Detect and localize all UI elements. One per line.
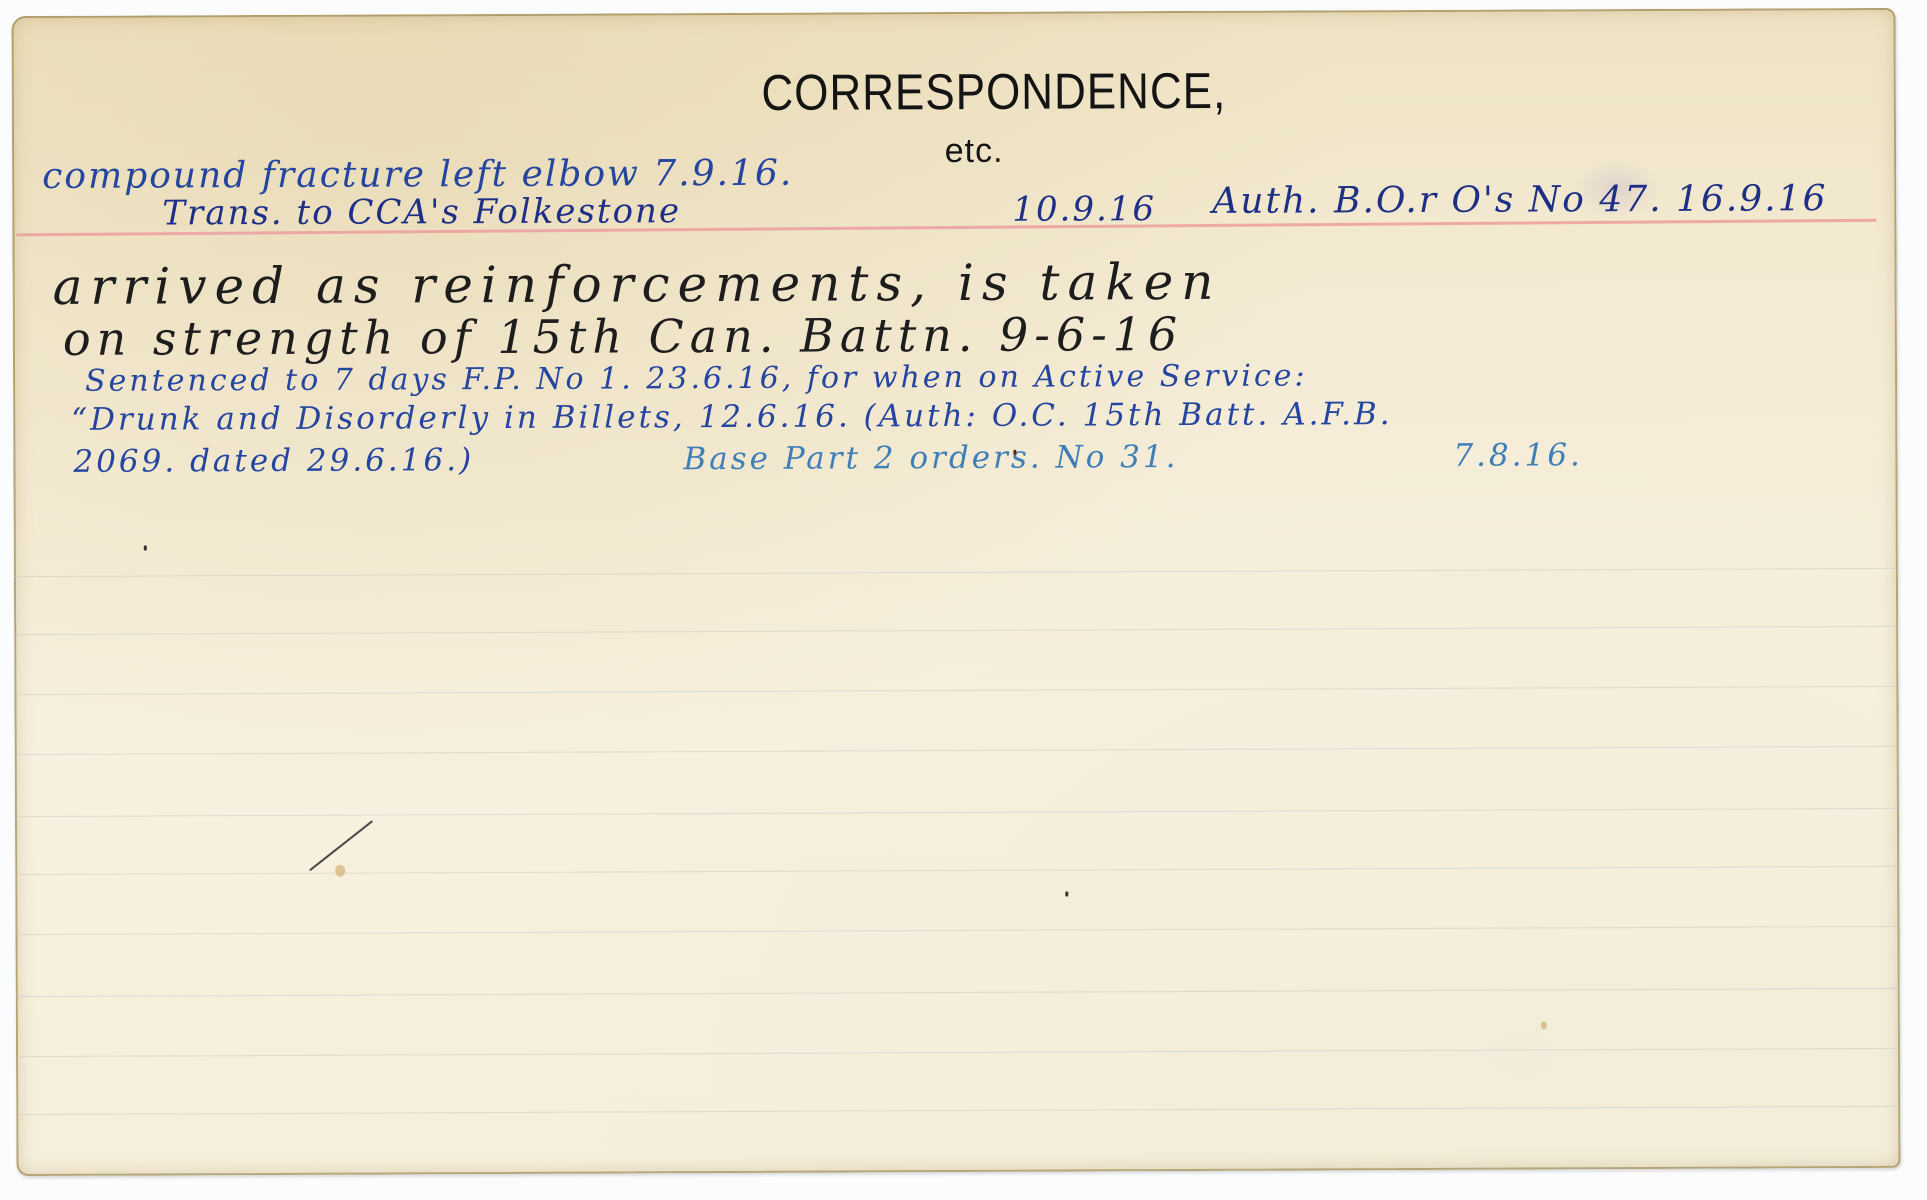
entry-base-orders-date: 7.8.16.: [1453, 437, 1583, 474]
ruled-line: [16, 1048, 1900, 1057]
ruled-line: [15, 866, 1899, 875]
ruled-line: [14, 686, 1898, 695]
scanned-document: CORRESPONDENCE, etc. compound fracture l…: [0, 0, 1927, 1200]
ruled-line: [15, 926, 1899, 935]
ruled-line: [15, 746, 1899, 755]
record-card: CORRESPONDENCE, etc. compound fracture l…: [11, 8, 1900, 1176]
entry-offence: “Drunk and Disorderly in Billets, 12.6.1…: [71, 396, 1393, 438]
entry-arrived: arrived as reinforcements, is taken: [53, 253, 1222, 316]
ink-speck: [1013, 450, 1016, 455]
paper-stain: [335, 865, 345, 877]
entry-transfer-date: 10.9.16: [1012, 189, 1156, 230]
entry-dated: 2069. dated 29.6.16.): [73, 442, 474, 480]
entry-sentenced: Sentenced to 7 days F.P. No 1. 23.6.16, …: [85, 358, 1308, 398]
paper-stain: [1541, 1021, 1547, 1029]
card-heading: CORRESPONDENCE,: [12, 60, 1901, 126]
ruled-line: [14, 626, 1898, 635]
entry-base-orders: Base Part 2 orders. No 31.: [683, 439, 1178, 477]
entry-transfer-authority: Auth. B.O.r O's No 47. 16.9.16: [1212, 178, 1827, 222]
ink-speck: [1065, 892, 1068, 897]
pencil-mark: [309, 820, 373, 871]
entry-strength: on strength of 15th Can. Battn. 9-6-16: [63, 307, 1184, 366]
ruled-line: [14, 568, 1898, 577]
ruled-line: [16, 1106, 1900, 1115]
ink-speck: [144, 546, 147, 551]
ruled-line: [15, 808, 1899, 817]
entry-transfer: Trans. to CCA's Folkestone: [162, 191, 681, 233]
ruled-line: [16, 988, 1900, 997]
